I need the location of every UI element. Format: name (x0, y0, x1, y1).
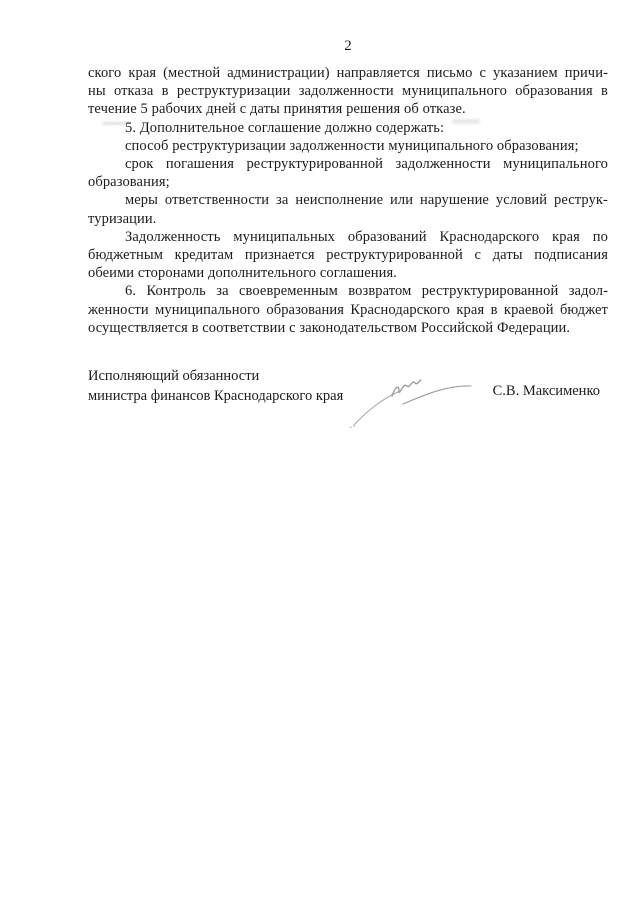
text-line: течение 5 рабочих дней с даты принятия р… (88, 100, 608, 118)
text-line: 6. Контроль за своевременным возвратом р… (88, 282, 608, 300)
text-line: бюджетным кредитам признается реструктур… (88, 246, 608, 264)
document-body: ского края (местной администрации) напра… (88, 64, 608, 337)
text-line: способ реструктуризации задолженности му… (88, 137, 608, 155)
text-line: 5. Дополнительное соглашение должно соде… (88, 119, 608, 137)
scan-artifact (452, 119, 480, 124)
text-line: туризации. (88, 210, 608, 228)
text-line: образования; (88, 173, 608, 191)
scan-artifact (102, 122, 128, 125)
page-number: 2 (88, 38, 608, 55)
text-line: обеими сторонами дополнительного соглаше… (88, 264, 608, 282)
text-line: осуществляется в соответствии с законода… (88, 319, 608, 337)
text-line: женности муниципального образования Крас… (88, 301, 608, 319)
signatory-name: С.В. Максименко (493, 383, 600, 400)
text-line: срок погашения реструктурированной задол… (88, 155, 608, 173)
scanned-document-page: { "page": { "number": "2", "background_c… (0, 0, 640, 905)
text-line: меры ответственности за неисполнение или… (88, 191, 608, 209)
text-line: Задолженность муниципальных образований … (88, 228, 608, 246)
signature-block: Исполняющий обязанности министра финансо… (88, 366, 600, 436)
text-line: ны отказа в реструктуризации задолженнос… (88, 82, 608, 100)
text-line: ского края (местной администрации) напра… (88, 64, 608, 82)
handwritten-signature-icon (348, 379, 478, 429)
